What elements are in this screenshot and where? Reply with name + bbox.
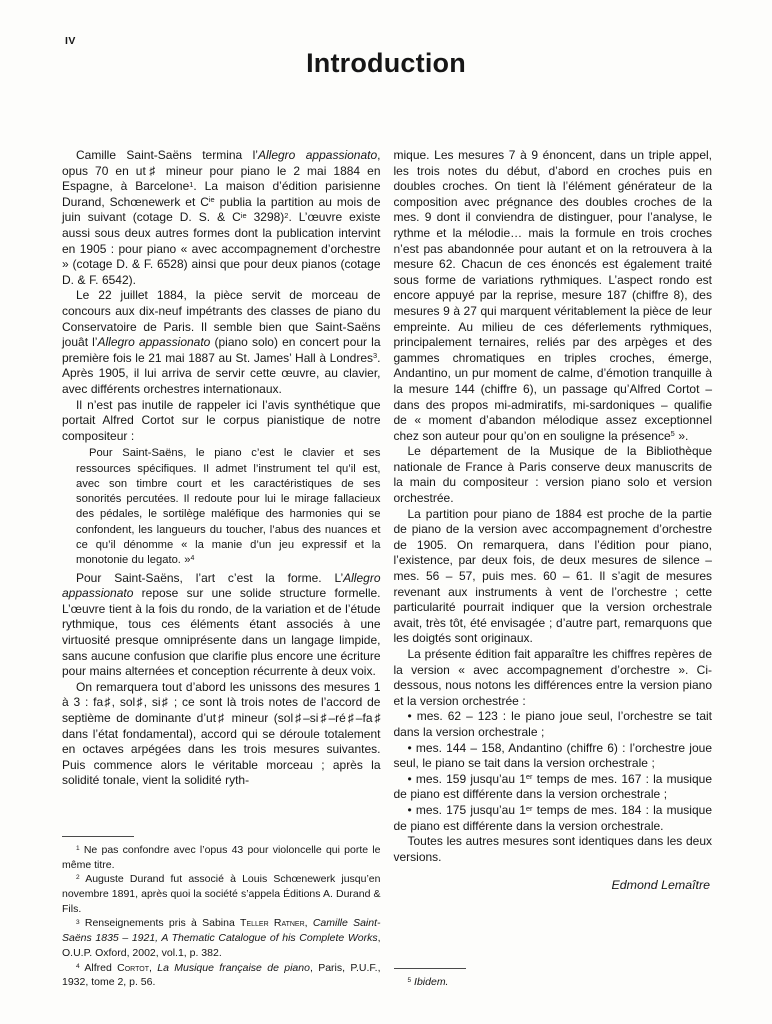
left-column: Camille Saint-Saëns termina l’Allegro ap… [62, 148, 381, 990]
text: • mes. 159 jusqu’au 1 [408, 772, 526, 786]
text-i: Ibidem. [414, 976, 448, 988]
page-title: Introduction [0, 48, 772, 79]
text-sup: er [526, 772, 533, 781]
text-sup: 4 [76, 963, 80, 970]
text: Auguste Durand fut associé à Louis Schœn… [62, 873, 381, 914]
bullet-item: • mes. 159 jusqu’au 1er temps de mes. 16… [394, 772, 713, 803]
text: ». [675, 429, 689, 443]
footnote-5: 5 Ibidem. [394, 975, 713, 990]
text: mique. Les mesures 7 à 9 énoncent, dans … [394, 148, 713, 443]
text: La présente édition fait apparaître les … [394, 647, 713, 708]
paragraph: Le 22 juillet 1884, la pièce servit de m… [62, 288, 381, 397]
footnote-3: 3 Renseignements pris à Sabina Teller Ra… [62, 916, 381, 960]
continued-paragraph: mique. Les mesures 7 à 9 énoncent, dans … [394, 148, 713, 444]
text-i: La Musique française de piano [157, 962, 310, 974]
text-sc: Cortot [117, 962, 149, 974]
text: La partition pour piano de 1884 est proc… [394, 507, 713, 646]
document-page: IV Introduction Camille Saint-Saëns term… [0, 0, 772, 1024]
text: 3298) [247, 210, 285, 224]
text-sup: 3 [76, 919, 80, 926]
text-sup: er [526, 804, 533, 813]
text-sup: ie [209, 195, 215, 204]
text: Pour Saint-Saëns, le piano c’est le clav… [76, 447, 381, 566]
left-column-footnotes: 1 Ne pas confondre avec l’opus 43 pour v… [62, 843, 381, 990]
text-sup: 3 [373, 351, 377, 360]
paragraph: Toutes les autres mesures sont identique… [394, 834, 713, 865]
text-columns: Camille Saint-Saëns termina l’Allegro ap… [62, 148, 712, 990]
block-quote: Pour Saint-Saëns, le piano c’est le clav… [76, 446, 381, 568]
text: Toutes les autres mesures sont identique… [394, 834, 713, 864]
text-sc: Teller Ratner [240, 917, 305, 929]
text: • mes. 62 – 123 : le piano joue seul, l’… [394, 709, 713, 739]
text: • mes. 175 jusqu’au 1 [408, 803, 526, 817]
left-column-body: Camille Saint-Saëns termina l’Allegro ap… [62, 148, 381, 789]
right-column-body: mique. Les mesures 7 à 9 énoncent, dans … [394, 148, 713, 865]
text-i: Allegro appassionato [97, 335, 210, 349]
text: , [149, 962, 157, 974]
text-sup: 2 [284, 211, 288, 220]
paragraph: Il n’est pas inutile de rappeler ici l’a… [62, 398, 381, 445]
text-sup: 2 [76, 874, 80, 881]
text: Pour Saint-Saëns, l’art c’est la forme. … [76, 571, 343, 585]
right-footnote-block: 5 Ibidem. [394, 968, 713, 990]
text: Camille Saint-Saëns termina l’ [76, 148, 258, 162]
footnote-1: 1 Ne pas confondre avec l’opus 43 pour v… [62, 843, 381, 872]
text-sup: 1 [76, 845, 80, 852]
text: • mes. 144 – 158, Andantino (chiffre 6) … [394, 741, 713, 771]
text: Alfred [80, 962, 118, 974]
text-sup: 1 [189, 180, 193, 189]
text: Renseignements pris à Sabina [80, 917, 240, 929]
text: Ne pas confondre avec l’opus 43 pour vio… [62, 844, 381, 871]
bullet-item: • mes. 175 jusqu’au 1er temps de mes. 18… [394, 803, 713, 834]
text-sup: ie [241, 211, 247, 220]
text-sup: 5 [671, 429, 675, 438]
text-i: Allegro appassionato [258, 148, 377, 162]
text-sup: 5 [408, 977, 412, 984]
text: Le département de la Musique de la Bibli… [394, 444, 713, 505]
bullet-item: • mes. 144 – 158, Andantino (chiffre 6) … [394, 741, 713, 772]
left-footnote-block: 1 Ne pas confondre avec l’opus 43 pour v… [62, 836, 381, 990]
right-column: mique. Les mesures 7 à 9 énoncent, dans … [394, 148, 713, 990]
page-number: IV [65, 35, 76, 47]
paragraph: On remarquera tout d’abord les unissons … [62, 680, 381, 789]
paragraph: La présente édition fait apparaître les … [394, 647, 713, 709]
right-column-footnotes: 5 Ibidem. [394, 975, 713, 990]
text: Il n’est pas inutile de rappeler ici l’a… [62, 398, 381, 443]
author-signature: Edmond Lemaître [394, 878, 713, 892]
paragraph: Pour Saint-Saëns, l’art c’est la forme. … [62, 571, 381, 680]
footnote-4: 4 Alfred Cortot, La Musique française de… [62, 961, 381, 990]
footnote-2: 2 Auguste Durand fut associé à Louis Sch… [62, 872, 381, 916]
text: On remarquera tout d’abord les unissons … [62, 680, 381, 788]
paragraph: Camille Saint-Saëns termina l’Allegro ap… [62, 148, 381, 288]
text-sup: 4 [190, 555, 194, 562]
bullet-item: • mes. 62 – 123 : le piano joue seul, l’… [394, 709, 713, 740]
text: , [305, 917, 313, 929]
paragraph: La partition pour piano de 1884 est proc… [394, 507, 713, 647]
paragraph: Le département de la Musique de la Bibli… [394, 444, 713, 506]
footnote-separator-rule [62, 836, 134, 837]
footnote-separator-rule [394, 968, 466, 969]
